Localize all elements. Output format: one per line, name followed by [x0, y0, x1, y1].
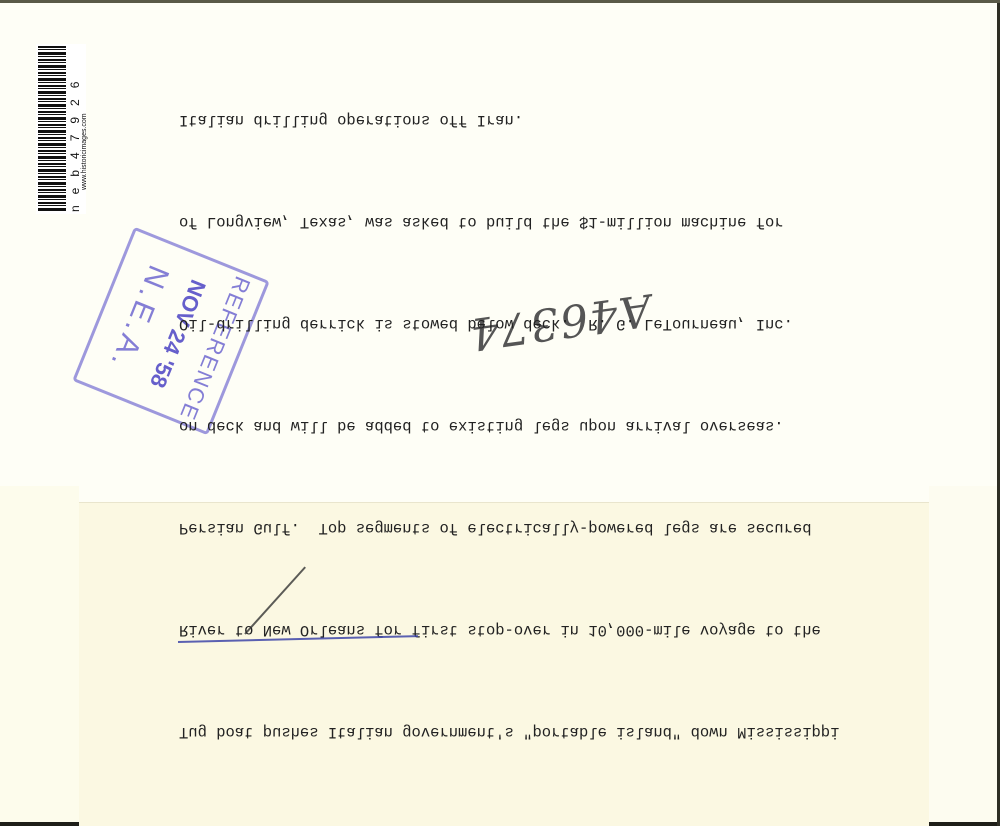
barcode-text: neb47926 www.historicimages.com [69, 71, 88, 212]
caption-slip-inner: Tug boat pushes Italian government's "po… [79, 503, 929, 826]
barcode-url: www.historicimages.com [81, 71, 88, 190]
caption-line: Tug boat pushes Italian government's "po… [179, 715, 899, 749]
caption-line: of Longview, Texas, was asked to build t… [179, 205, 899, 239]
caption-text: Tug boat pushes Italian government's "po… [179, 0, 899, 817]
barcode-label: neb47926 www.historicimages.com [36, 44, 86, 214]
barcode-code: neb47926 [69, 71, 81, 212]
caption-line: Persian Gulf. Top segments of electrical… [179, 511, 899, 545]
barcode-bars [38, 46, 66, 212]
caption-line: Italian drilling operations off Iran. [179, 103, 899, 137]
paper-edge-left [0, 486, 79, 822]
caption-end-mark: #### [179, 0, 899, 1]
caption-slip: Tug boat pushes Italian government's "po… [79, 502, 929, 826]
caption-line: Oil-drilling derrick is stowed below dec… [179, 307, 899, 341]
caption-line: on deck and will be added to existing le… [179, 409, 899, 443]
paper-edge-right [929, 486, 997, 822]
caption-line: River to New Orleans for first stop-over… [179, 613, 899, 647]
